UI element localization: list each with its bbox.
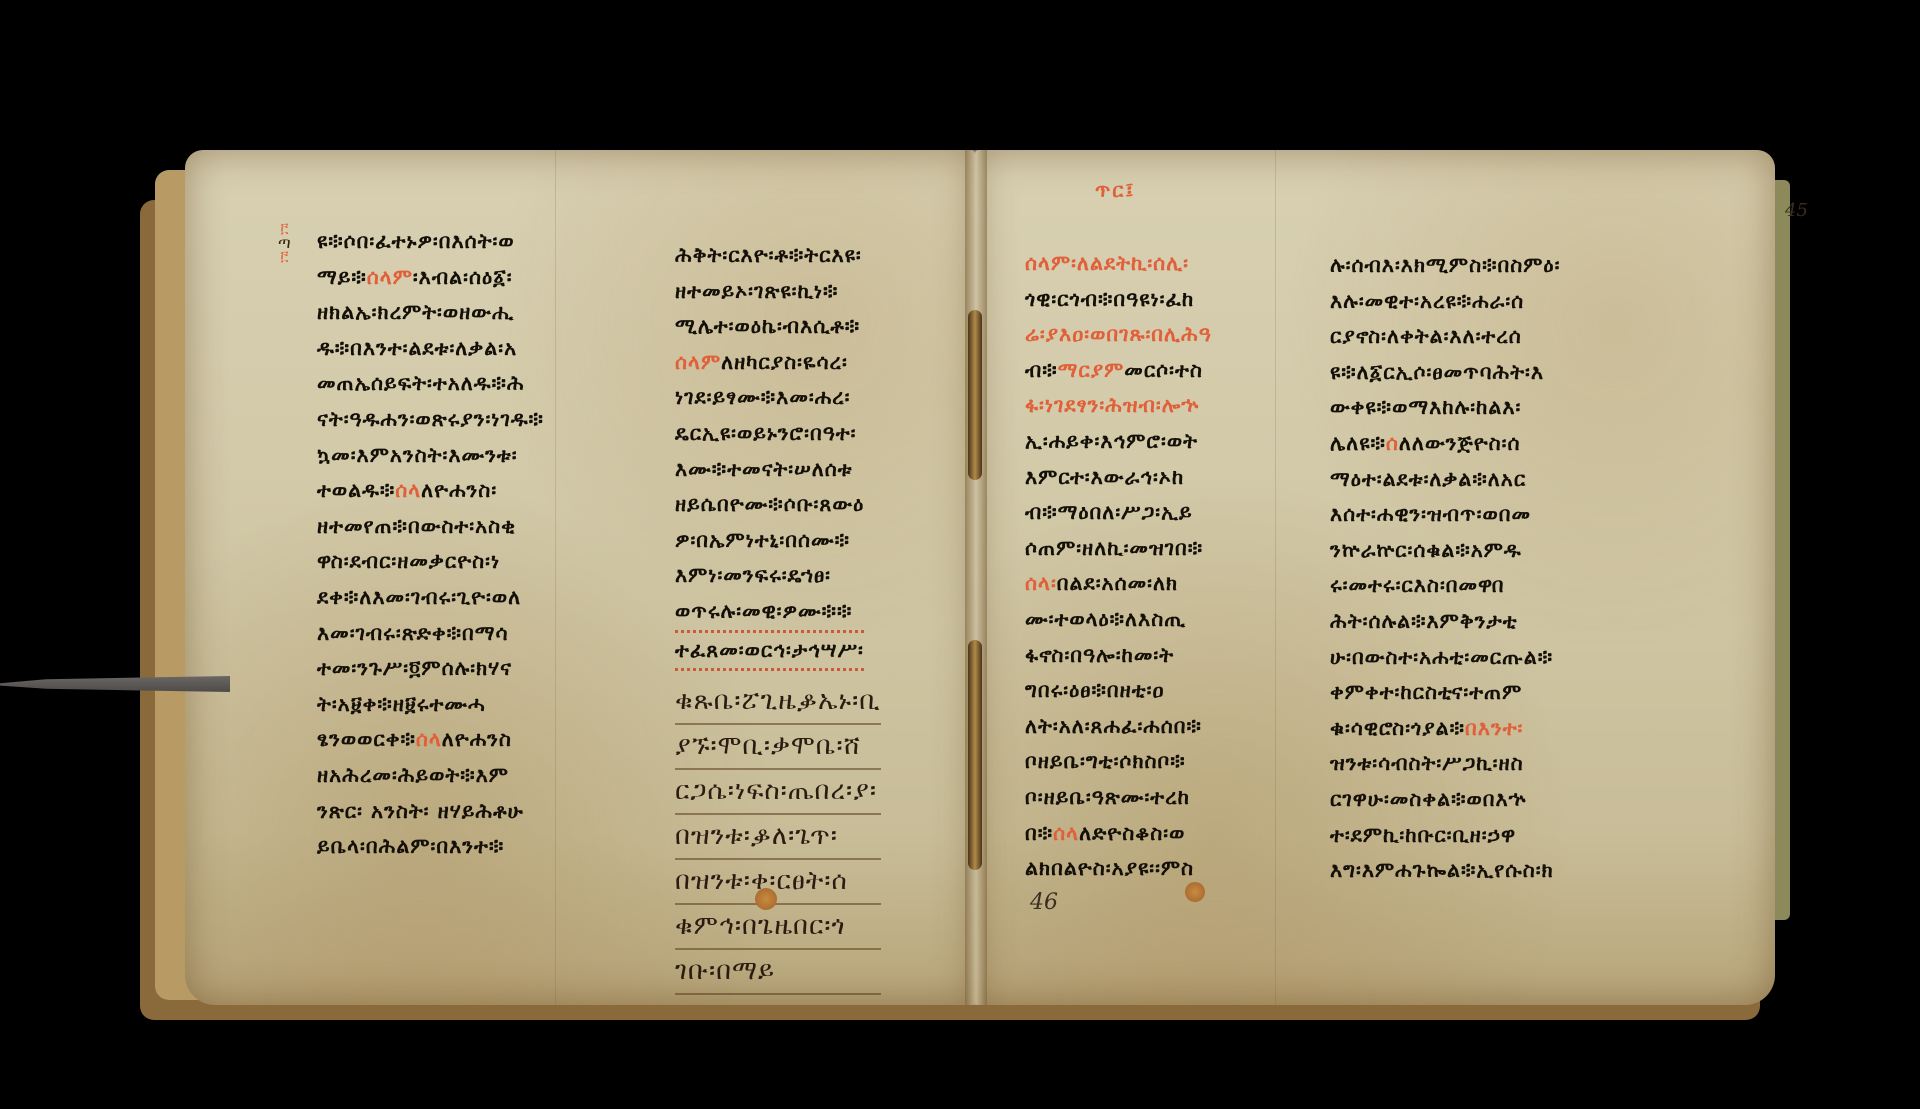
book-gutter <box>965 150 987 1005</box>
text-line: ብ፨ማዕበለ፡ሥጋ፡ኢይ <box>1025 495 1212 531</box>
text-line: ኳመ፡እምአንስት፡እሙንቱ፡ <box>317 438 544 474</box>
text-line: ተመ፡ንጉሥ፡፬ምሰሉ፡ክሃና <box>317 651 544 687</box>
text-line: ልክበልዮስ፡አያዩ፡፡ምስ <box>1025 851 1212 887</box>
rubric-text: በእንተ፡ <box>1465 716 1523 740</box>
text-line: ሬ፡ያእዐ፡ወበገጹ፡በሊሕዓ <box>1025 317 1212 353</box>
text-line: ንጽር፡ አንስት፡ ዘሃይሕቶሁ <box>317 794 544 830</box>
text-line: ሙ፡ተወላዕ፨ለእስጢ <box>1025 602 1212 638</box>
text-line: ናት፡ዓዱሐን፡ወጽሩያን፡ነገዱ፨ <box>317 402 544 438</box>
text-line: ሉ፡ሰብእ፡እክሚምስ፨በስምዕ፡ <box>1330 248 1560 284</box>
rubric-text: ሬ፡ያእዐ፡ወበገጹ፡በሊሕዓ <box>1025 322 1212 346</box>
text-line: እሉ፡መዊተ፡አረዩ፨ሐራ፡ሰ <box>1330 284 1560 320</box>
text-line: ዘተመየጠ፨በውስተ፡አስቂ <box>317 509 544 545</box>
text-line: ወጥሩሉ፡መዊ፡ዎሙ፨፨ <box>675 594 864 633</box>
text-line: ዋስ፡ደብር፡ዘመቃርዮስ፡ነ <box>317 544 544 580</box>
text-line: ጎዊ፡ርጎብ፨በዓዩነ፡ፈከ <box>1025 282 1212 318</box>
text-line: ማዕተ፡ልደቱ፡ለቃል፨ለአር <box>1330 462 1560 498</box>
text-line: ሕቅት፡ርእዮ፡ቶ፨ትርእዩ፡ <box>675 238 864 274</box>
text-line: ተ፡ደምኪ፡ከቡር፡ቢዘ፡ኃዋ <box>1330 818 1560 854</box>
text-line: ሰላምለዘካርያስ፡ዬሳረ፡ <box>675 345 864 381</box>
text-line: ርያኖስ፡ለቀትል፡እለ፡ተረሰ <box>1330 319 1560 355</box>
text-line: ዩ፨ለ፩ርኢሶ፡ፀመጥባሕት፡እ <box>1330 355 1560 391</box>
text-line: ዴርኢዩ፡ወይኑንሮ፡በዓተ፡ <box>675 416 864 452</box>
rubric-text: ፋ፡ነገደፃን፡ሕዝብ፡ሎኍ <box>1025 393 1199 417</box>
month-heading: ጥር፤ <box>1095 178 1135 202</box>
text-line: ዩ፨ሶበ፡ፈተኑዎ፡በእሰት፡ወ <box>317 224 544 260</box>
text-line: ለት፡አለ፡ጸሐፈ፡ሐሰበ፨ <box>1025 709 1212 745</box>
marginal-note-line: ርጋሴ፡ነፍስ፡ጤበረ፡ያ፡ <box>675 770 881 815</box>
wax-stain <box>755 888 777 910</box>
marginal-note-line: ገቡ፡በማይ <box>675 950 881 995</box>
text-line: ዎ፡በኤምነተኒ፡በሰሙ፨ <box>675 523 864 559</box>
folio-number-right: 45 <box>1785 200 1808 221</box>
text-line: እምነ፡መንፍሩ፡ዴኀፀ፡ <box>675 558 864 594</box>
text-line: ንኵራኵር፡ሰቁል፨አምዱ <box>1330 533 1560 569</box>
text-line: ዘአሕረመ፡ሕይወት፨እም <box>317 758 544 794</box>
binding-stitch <box>968 310 982 480</box>
wax-stain <box>1185 882 1205 902</box>
text-line: ሰላም፡ለልደትኪ፡ሰሊ፡ <box>1025 246 1212 282</box>
binding-stitch <box>968 640 982 870</box>
text-line: ዱ፨በእንተ፡ልደቱ፡ለቃል፡አ <box>317 331 544 367</box>
text-line: ሩ፡መተሩ፡ርእስ፡በመዋበ <box>1330 568 1560 604</box>
text-line: ብ፨ማርያምመርሶ፡ተስ <box>1025 353 1212 389</box>
left-column-2: ሕቅት፡ርእዮ፡ቶ፨ትርእዩ፡ዘተመይኦ፡ገጽዩ፡ኪነ፨ሚሌተ፡ወዕኬ፡ብእሲቶ… <box>675 238 864 671</box>
text-line: ሕት፡ሰሉል፨እምቅንታቲ <box>1330 604 1560 640</box>
metal-bookmark <box>0 676 230 692</box>
text-line: ግበሩ፡ዕፀ፨በዘቲ፡ዐ <box>1025 673 1212 709</box>
text-line: ተፈጸመ፡ወርኅ፡ታኅሣሥ፡ <box>675 633 864 672</box>
text-line: ት፡አ፱ቀ፨ዘ፱ሩተሙሓ <box>317 687 544 723</box>
text-line: ዝንቱ፡ሳብስት፡ሥጋኪ፡ዘስ <box>1330 746 1560 782</box>
marginal-note-line: በዝንቱ፡ቇለ፡ጌጥ፡ <box>675 815 881 860</box>
rubric-text: ሰላም፡ለልደትኪ፡ሰሊ፡ <box>1025 251 1189 275</box>
text-line: እመ፡ገብሩ፡ጽድቀ፨በማሳ <box>317 616 544 652</box>
rubric-text: ሰላ <box>1053 821 1079 845</box>
text-line: ቁ፡ሳዊሮስ፡ጎያል፨በእንተ፡ <box>1330 711 1560 747</box>
marginal-note-line: ቁምኅ፡በጌዜበር፡ጎ <box>675 905 881 950</box>
column-rule <box>555 150 556 1005</box>
text-line: ሌለዩ፨ሰለለውንጅዮስ፡ሰ <box>1330 426 1560 462</box>
text-line: ማይ፨ሰላም፡እብል፡ሰዕ፩፡ <box>317 260 544 296</box>
text-line: ፋ፡ነገደፃን፡ሕዝብ፡ሎኍ <box>1025 388 1212 424</box>
text-line: ሶጠም፡ዘለኪ፡መዝገበ፨ <box>1025 531 1212 567</box>
rubric-text: ማርያም <box>1058 358 1125 382</box>
left-column-1: ዩ፨ሶበ፡ፈተኑዎ፡በእሰት፡ወማይ፨ሰላም፡እብል፡ሰዕ፩፡ዘክልኤ፡ክረምት… <box>317 224 544 865</box>
text-line: ሁ፡በውስተ፡አሐቲ፡መርጡል፨ <box>1330 640 1560 676</box>
text-line: እምርተ፡እውራኅ፡ኦከ <box>1025 460 1212 496</box>
text-line: ዘክልኤ፡ክረምት፡ወዘውሒ <box>317 295 544 331</box>
text-line: ፋኖስ፡በዓሎ፡ከመ፡ት <box>1025 638 1212 674</box>
text-line: ደቀ፨ለእመ፡ገብሩ፡ጊዮ፡ወለ <box>317 580 544 616</box>
right-column-1: ሰላም፡ለልደትኪ፡ሰሊ፡ጎዊ፡ርጎብ፨በዓዩነ፡ፈከሬ፡ያእዐ፡ወበገጹ፡በሊ… <box>1025 246 1212 887</box>
right-column-2: ሉ፡ሰብእ፡እክሚምስ፨በስምዕ፡እሉ፡መዊተ፡አረዩ፨ሐራ፡ሰርያኖስ፡ለቀት… <box>1330 248 1560 889</box>
text-line: በ፨ሰላለድዮስቆስ፡ወ <box>1025 816 1212 852</box>
photo-background: ፫ ጣ ፫ ዩ፨ሶበ፡ፈተኑዎ፡በእሰት፡ወማይ፨ሰላም፡እብል፡ሰዕ፩፡ዘክል… <box>0 0 1920 1109</box>
rubric-text: ሰላም <box>675 350 721 374</box>
text-line: ፄንወወርቀ፨ሰላለዮሐንስ <box>317 722 544 758</box>
marginal-note-line: በዝንቱ፡ቀ፡ርፀት፡ሰ <box>675 860 881 905</box>
rubric-text: ሰላ <box>416 727 442 751</box>
text-line: ዘይሴበዮሙ፨ሶቡ፡ጸውዕ <box>675 487 864 523</box>
text-line: ሰላ፡በልደ፡አሰመ፡ለክ <box>1025 566 1212 602</box>
text-line: ዘተመይኦ፡ገጽዩ፡ኪነ፨ <box>675 274 864 310</box>
text-line: መጠኤሰይፍት፡ተአለዱ፨ሕ <box>317 366 544 402</box>
text-line: እሰተ፡ሐዊን፡ዝብጥ፡ወበመ <box>1330 497 1560 533</box>
marginal-note-line: ቁጹቤ፡ፘጊዜቇኤኑ፡ቢ <box>675 680 881 725</box>
marginal-notes: ቁጹቤ፡ፘጊዜቇኤኑ፡ቢያኙ፡ሞቢ፡ቃሞቤ፡ሸርጋሴ፡ነፍስ፡ጤበረ፡ያ፡በዝን… <box>675 680 881 995</box>
marginal-numeral: ፫ ጣ ፫ <box>278 222 291 264</box>
text-line: እሙ፨ተመናት፡ሠለሰቱ <box>675 452 864 488</box>
column-rule <box>1275 150 1276 1005</box>
folio-number-left: 46 <box>1030 890 1058 915</box>
marginal-note-line: ያኙ፡ሞቢ፡ቃሞቤ፡ሸ <box>675 725 881 770</box>
text-line: ቦ፡ዘይቤ፡ዓጽሙ፡ተረከ <box>1025 780 1212 816</box>
rubric-text: ሰላም <box>367 265 413 289</box>
rubric-text: ሰላ፡ <box>1025 571 1057 595</box>
text-line: ተወልዱ፨ሰላለዮሐንስ፡ <box>317 473 544 509</box>
rubric-text: ሰ <box>1386 431 1399 455</box>
text-line: ቦዘይቤ፡ግቲ፡ሶክስቦ፨ <box>1025 744 1212 780</box>
open-manuscript: ፫ ጣ ፫ ዩ፨ሶበ፡ፈተኑዎ፡በእሰት፡ወማይ፨ሰላም፡እብል፡ሰዕ፩፡ዘክል… <box>185 150 1775 1005</box>
text-line: ሚሌተ፡ወዕኬ፡ብእሲቶ፨ <box>675 309 864 345</box>
rubric-text: ሰላ <box>395 478 421 502</box>
text-line: ይቤላ፡በሕልም፡በእንተ፨ <box>317 829 544 865</box>
text-line: ኢ፡ሐይቀ፡እኅምሮ፡ወት <box>1025 424 1212 460</box>
text-line: እግ፡እምሐጉኰል፨ኢየሱስ፡ክ <box>1330 853 1560 889</box>
text-line: ቀምቀተ፡ከርስቲና፡ተጠም <box>1330 675 1560 711</box>
text-line: ነገደ፡ይፃሙ፨እመ፡ሐረ፡ <box>675 380 864 416</box>
text-line: ውቀዩ፨ወማእከሉ፡ከልእ፡ <box>1330 390 1560 426</box>
text-line: ርገዋሁ፡መስቀል፨ወበእኍ <box>1330 782 1560 818</box>
